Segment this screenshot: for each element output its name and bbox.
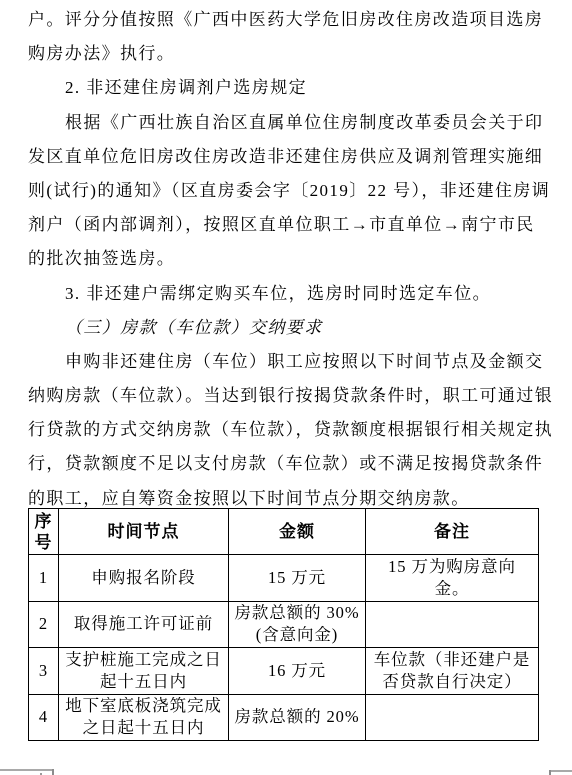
- text-line: 3. 非还建户需绑定购买车位，选房时同时选定车位。: [28, 283, 553, 317]
- text-line: 2. 非还建住房调剂户选房规定: [28, 77, 553, 111]
- table-cell: 车位款（非还建户是 否贷款自行决定）: [366, 648, 539, 695]
- table-cell: [366, 694, 539, 741]
- text-line: （三）房款（车位款）交纳要求: [28, 317, 553, 351]
- table-cell: 16 万元: [229, 648, 366, 695]
- text-line: 纳购房款（车位款）。当达到银行按揭贷款条件时，职工可通过银: [28, 385, 553, 419]
- table-cell: 15 万元: [229, 555, 366, 602]
- document-page: 户。评分分值按照《广西中医药大学危旧房改住房改造项目选房购房办法》执行。2. 非…: [0, 0, 572, 775]
- table-header-cell: 备注: [366, 509, 539, 555]
- payment-schedule-table: 序 号时间节点金额备注 1申购报名阶段15 万元15 万为购房意向 金。2取得施…: [28, 508, 539, 741]
- text-line: 行贷款的方式交纳房款（车位款），贷款额度根据银行相关规定执: [28, 419, 553, 453]
- table-row: 4地下室底板浇筑完成 之日起十五日内房款总额的 20%: [29, 694, 539, 741]
- text-line: 发区直单位危旧房改住房改造非还建住房供应及调剂管理实施细: [28, 146, 553, 180]
- table-body: 1申购报名阶段15 万元15 万为购房意向 金。2取得施工许可证前房款总额的 3…: [29, 555, 539, 741]
- table-cell: 15 万为购房意向 金。: [366, 555, 539, 602]
- table-cell: 1: [29, 555, 59, 602]
- text-line: 行，贷款额度不足以支付房款（车位款）或不满足按揭贷款条件: [28, 453, 553, 487]
- table-header-row: 序 号时间节点金额备注: [29, 509, 539, 555]
- table-row: 1申购报名阶段15 万元15 万为购房意向 金。: [29, 555, 539, 602]
- table-cell: 4: [29, 694, 59, 741]
- text-line: 户。评分分值按照《广西中医药大学危旧房改住房改造项目选房: [28, 9, 553, 43]
- text-line: 根据《广西壮族自治区直属单位住房制度改革委员会关于印: [28, 112, 553, 146]
- next-page-edge-left: [0, 769, 54, 771]
- table-header-cell: 序 号: [29, 509, 59, 555]
- table-cell: 房款总额的 30% (含意向金): [229, 601, 366, 648]
- text-line: 则(试行)的通知》（区直房委会字〔2019〕22 号），非还建住房调: [28, 180, 553, 214]
- table-cell: 2: [29, 601, 59, 648]
- next-page-edge-left-tick: [52, 769, 54, 775]
- table-row: 2取得施工许可证前房款总额的 30% (含意向金): [29, 601, 539, 648]
- table-cell: 取得施工许可证前: [59, 601, 229, 648]
- table-cell: 申购报名阶段: [59, 555, 229, 602]
- next-page-edge-right: [549, 770, 572, 772]
- text-line: 申购非还建住房（车位）职工应按照以下时间节点及金额交: [28, 351, 553, 385]
- table-cell: 3: [29, 648, 59, 695]
- body-text: 户。评分分值按照《广西中医药大学危旧房改住房改造项目选房购房办法》执行。2. 非…: [28, 9, 553, 522]
- table-header-cell: 金额: [229, 509, 366, 555]
- text-line: 的批次抽签选房。: [28, 248, 553, 282]
- text-line: 剂户（函内部调剂），按照区直单位职工→市直单位→南宁市民: [28, 214, 553, 248]
- table-cell: 支护桩施工完成之日 起十五日内: [59, 648, 229, 695]
- table-cell: 地下室底板浇筑完成 之日起十五日内: [59, 694, 229, 741]
- text-line: 购房办法》执行。: [28, 43, 553, 77]
- table-header-cell: 时间节点: [59, 509, 229, 555]
- table-row: 3支护桩施工完成之日 起十五日内16 万元车位款（非还建户是 否贷款自行决定）: [29, 648, 539, 695]
- table-cell: [366, 601, 539, 648]
- table-cell: 房款总额的 20%: [229, 694, 366, 741]
- next-page-edge-right-tick: [549, 770, 551, 775]
